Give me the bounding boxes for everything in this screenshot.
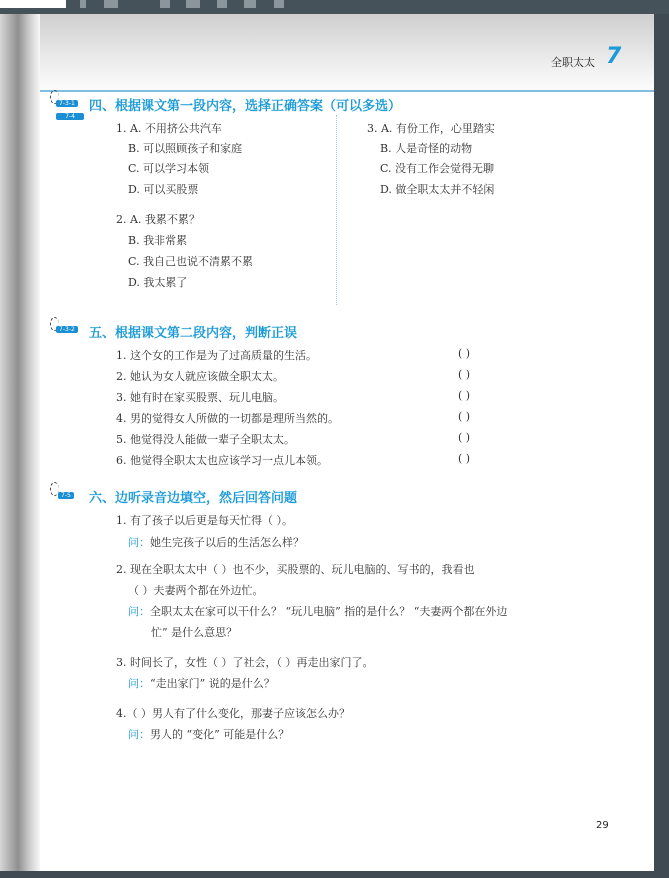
audio-track-badge[interactable]: 7-4 xyxy=(56,113,84,120)
option: D. 可以买股票 xyxy=(128,181,198,197)
answer-blank[interactable]: ( ) xyxy=(458,347,470,360)
question-text: 全职太太在家可以干什么？ “玩儿电脑” 指的是什么？ “夫妻两个都在外边 xyxy=(150,605,507,618)
highlight-icon[interactable] xyxy=(186,0,200,8)
option: C. 可以学习本领 xyxy=(128,160,209,176)
section-title: 五、根据课文第二段内容，判断正误 xyxy=(89,322,297,341)
bookmark-icon[interactable] xyxy=(160,0,170,8)
answer-blank[interactable]: ( ) xyxy=(458,389,470,402)
fill-blank-line: 2. 现在全职太太中（ ）也不少，买股票的、玩儿电脑的、写书的，我看也 xyxy=(116,561,475,577)
option: B. 我非常累 xyxy=(128,232,187,248)
textbook-page: 全职太太 7 7-3-1 7-4 四、根据课文第一段内容，选择正确答案（可以多选… xyxy=(0,14,654,871)
answer-blank[interactable]: ( ) xyxy=(458,410,470,423)
book-spine-shadow xyxy=(0,14,40,871)
answer-blank[interactable]: ( ) xyxy=(458,368,470,381)
page-header xyxy=(0,14,654,92)
chapter-name: 全职太太 xyxy=(551,54,595,70)
answer-blank[interactable]: ( ) xyxy=(458,431,470,444)
true-false-item: 1. 这个女的工作是为了过高质量的生活。 xyxy=(116,347,317,363)
true-false-item: 2. 她认为女人就应该做全职太太。 xyxy=(116,368,284,384)
audio-track-badge[interactable]: 7-3-2 xyxy=(56,326,78,333)
note-icon[interactable] xyxy=(217,0,227,8)
viewer-toolbar xyxy=(0,0,669,14)
option: 1. A. 不用挤公共汽车 xyxy=(116,120,222,136)
question-text: 她生完孩子以后的生活怎么样？ xyxy=(150,536,304,549)
option: B. 人是奇怪的动物 xyxy=(380,140,472,156)
option: 2. A. 我累不累？ xyxy=(116,211,200,227)
toolbar-blank xyxy=(0,0,66,8)
section-title: 六、边听录音边填空，然后回答问题 xyxy=(89,487,297,506)
question-label: 问： xyxy=(128,605,150,618)
option: B. 可以照顾孩子和家庭 xyxy=(128,140,242,156)
true-false-item: 3. 她有时在家买股票、玩儿电脑。 xyxy=(116,389,284,405)
eraser-icon[interactable] xyxy=(274,0,284,8)
question-label: 问： xyxy=(128,677,150,690)
play-icon[interactable] xyxy=(80,0,86,8)
option: C. 我自己也说不清累不累 xyxy=(128,253,253,269)
option: D. 我太累了 xyxy=(128,274,187,290)
question-text: “走出家门” 说的是什么？ xyxy=(150,677,275,690)
question-text: 忙” 是什么意思？ xyxy=(151,624,237,640)
column-divider xyxy=(336,115,337,305)
question-label: 问： xyxy=(128,728,150,741)
fast-forward-icon[interactable] xyxy=(104,0,118,8)
audio-track-badge[interactable]: 7-5 xyxy=(58,492,74,499)
fill-blank-line: 3. 时间长了，女性（ ）了社会，（ ）再走出家门了。 xyxy=(116,654,373,670)
answer-blank[interactable]: ( ) xyxy=(458,452,470,465)
option: C. 没有工作会觉得无聊 xyxy=(380,160,494,176)
option: D. 做全职太太并不轻闲 xyxy=(380,181,494,197)
true-false-item: 6. 他觉得全职太太也应该学习一点儿本领。 xyxy=(116,452,328,468)
fill-blank-line: 1. 有了孩子以后更是每天忙得（ ）。 xyxy=(116,512,293,528)
true-false-item: 4. 男的觉得女人所做的一切都是理所当然的。 xyxy=(116,410,339,426)
audio-track-badge[interactable]: 7-3-1 xyxy=(56,100,78,107)
option: 3. A. 有份工作，心里踏实 xyxy=(367,120,495,136)
page-number: 29 xyxy=(596,820,609,831)
question-text: 男人的 “变化” 可能是什么？ xyxy=(150,728,289,741)
true-false-item: 5. 他觉得没人能做一辈子全职太太。 xyxy=(116,431,295,447)
fill-blank-line: （ ）夫妻两个都在外边忙。 xyxy=(128,582,264,598)
question-label: 问： xyxy=(128,536,150,549)
fill-blank-line: 4.（ ）男人有了什么变化，那妻子应该怎么办？ xyxy=(116,705,350,721)
chapter-number: 7 xyxy=(606,44,621,69)
section-title: 四、根据课文第一段内容，选择正确答案（可以多选） xyxy=(89,95,401,114)
pencil-icon[interactable] xyxy=(244,0,256,8)
